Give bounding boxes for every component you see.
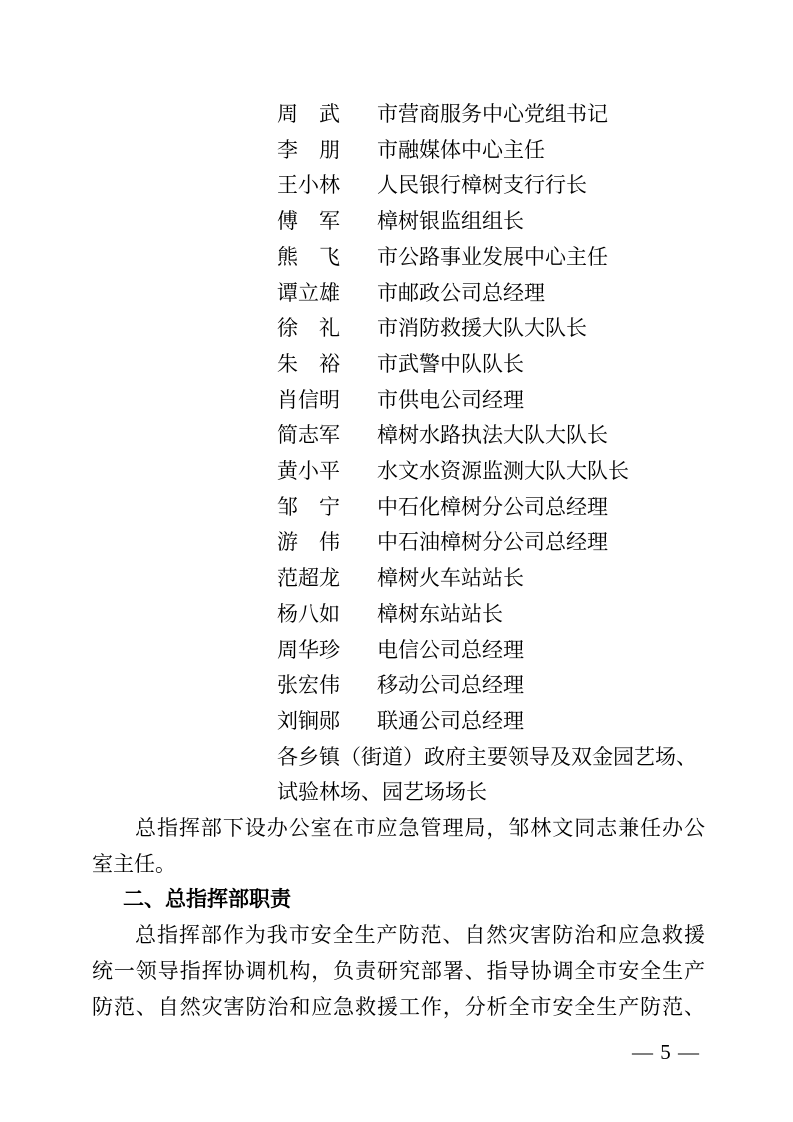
person-name: 黄小平 [277, 454, 377, 490]
roster-row: 游 伟中石油樟树分公司总经理 [92, 525, 705, 561]
person-name: 张宏伟 [277, 668, 377, 704]
person-title: 中石化樟树分公司总经理 [377, 495, 608, 519]
roster-row: 简志军樟树水路执法大队大队长 [92, 418, 705, 454]
person-title: 市供电公司经理 [377, 388, 524, 412]
person-title: 中石油樟树分公司总经理 [377, 530, 608, 554]
roster-row: 肖信明市供电公司经理 [92, 383, 705, 419]
paragraph-duties: 总指挥部作为我市安全生产防范、自然灾害防治和应急救援 统一领导指挥协调机构，负责… [92, 918, 705, 1025]
person-title: 水文水资源监测大队大队长 [377, 459, 629, 483]
paragraph-line: 总指挥部下设办公室在市应急管理局，邹林文同志兼任办公 [92, 811, 705, 847]
roster-group-line-2: 试验林场、园艺场场长 [277, 775, 705, 811]
person-title: 市融媒体中心主任 [377, 138, 545, 162]
person-title: 市消防救援大队大队长 [377, 316, 587, 340]
person-title: 市武警中队队长 [377, 352, 524, 376]
person-name: 邹 宁 [277, 490, 377, 526]
document-content: 周 武市营商服务中心党组书记 李 朋市融媒体中心主任 王小林人民银行樟树支行行长… [92, 97, 705, 1025]
person-name: 周华珍 [277, 633, 377, 669]
roster-list: 周 武市营商服务中心党组书记 李 朋市融媒体中心主任 王小林人民银行樟树支行行长… [92, 97, 705, 740]
person-title: 樟树火车站站长 [377, 566, 524, 590]
person-title: 樟树银监组组长 [377, 209, 524, 233]
paragraph-office: 总指挥部下设办公室在市应急管理局，邹林文同志兼任办公 室主任。 [92, 811, 705, 882]
person-name: 游 伟 [277, 525, 377, 561]
roster-row: 黄小平水文水资源监测大队大队长 [92, 454, 705, 490]
person-title: 移动公司总经理 [377, 673, 524, 697]
person-name: 李 朋 [277, 133, 377, 169]
roster-row: 熊 飞市公路事业发展中心主任 [92, 240, 705, 276]
roster-row: 刘锏郧联通公司总经理 [92, 704, 705, 740]
roster-row: 范超龙樟树火车站站长 [92, 561, 705, 597]
roster-row: 邹 宁中石化樟树分公司总经理 [92, 490, 705, 526]
person-name: 王小林 [277, 168, 377, 204]
person-title: 人民银行樟树支行行长 [377, 173, 587, 197]
roster-row: 王小林人民银行樟树支行行长 [92, 168, 705, 204]
paragraph-line: 室主任。 [92, 847, 705, 883]
page-number: — 5 — [632, 1040, 700, 1064]
person-name: 范超龙 [277, 561, 377, 597]
roster-row: 徐 礼市消防救援大队大队长 [92, 311, 705, 347]
person-title: 樟树水路执法大队大队长 [377, 423, 608, 447]
paragraph-line: 防范、自然灾害防治和应急救援工作，分析全市安全生产防范、 [92, 990, 705, 1026]
roster-row: 张宏伟移动公司总经理 [92, 668, 705, 704]
person-title: 市营商服务中心党组书记 [377, 102, 608, 126]
roster-row: 朱 裕市武警中队队长 [92, 347, 705, 383]
roster-group-entry: 各乡镇（街道）政府主要领导及双金园艺场、 试验林场、园艺场场长 [92, 740, 705, 811]
roster-row: 李 朋市融媒体中心主任 [92, 133, 705, 169]
document-page: 周 武市营商服务中心党组书记 李 朋市融媒体中心主任 王小林人民银行樟树支行行长… [0, 0, 793, 1122]
person-name: 朱 裕 [277, 347, 377, 383]
person-name: 谭立雄 [277, 276, 377, 312]
roster-row: 周华珍电信公司总经理 [92, 633, 705, 669]
person-title: 电信公司总经理 [377, 638, 524, 662]
person-title: 市公路事业发展中心主任 [377, 245, 608, 269]
roster-row: 谭立雄市邮政公司总经理 [92, 276, 705, 312]
person-name: 肖信明 [277, 383, 377, 419]
paragraph-line: 统一领导指挥协调机构，负责研究部署、指导协调全市安全生产 [92, 954, 705, 990]
section-heading: 二、总指挥部职责 [92, 882, 705, 918]
person-name: 简志军 [277, 418, 377, 454]
person-title: 联通公司总经理 [377, 709, 524, 733]
paragraph-line: 总指挥部作为我市安全生产防范、自然灾害防治和应急救援 [92, 918, 705, 954]
person-title: 市邮政公司总经理 [377, 281, 545, 305]
roster-row: 周 武市营商服务中心党组书记 [92, 97, 705, 133]
person-name: 徐 礼 [277, 311, 377, 347]
person-name: 刘锏郧 [277, 704, 377, 740]
roster-row: 傅 军樟树银监组组长 [92, 204, 705, 240]
person-name: 熊 飞 [277, 240, 377, 276]
person-name: 傅 军 [277, 204, 377, 240]
person-name: 周 武 [277, 97, 377, 133]
person-name: 杨八如 [277, 597, 377, 633]
roster-row: 杨八如樟树东站站长 [92, 597, 705, 633]
roster-group-line-1: 各乡镇（街道）政府主要领导及双金园艺场、 [277, 740, 705, 776]
person-title: 樟树东站站长 [377, 602, 503, 626]
